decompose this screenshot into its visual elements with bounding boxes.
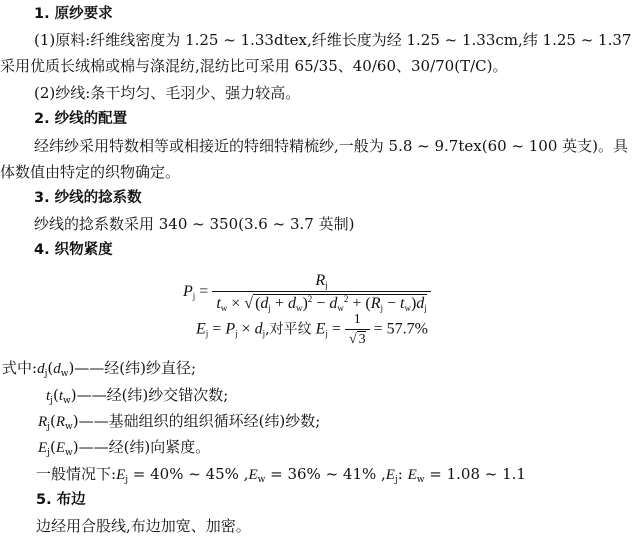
paragraph-raw-material: (1)原料:纤维线密度为 1.25 ~ 1.33dtex,纤维长度为经 1.25…: [34, 31, 632, 49]
paragraph-yarn-config-cont: 体数值由特定的织物确定。: [0, 163, 180, 181]
formula-pj: Pj = Rj tw × √(dj + dw)2 − dw2 + (Rj − t…: [183, 272, 431, 313]
section-heading-1: 1. 原纱要求: [34, 5, 113, 23]
paragraph-twist: 纱线的捻系数采用 340 ~ 350(3.6 ~ 3.7 英制): [34, 215, 354, 233]
legend-item-interlacing: tj(tw)——经(纬)纱交错次数;: [46, 386, 228, 410]
paragraph-selvage: 边经用合股线,布边加宽、加密。: [36, 517, 251, 535]
section-heading-3: 3. 纱线的捻系数: [34, 189, 142, 207]
paragraph-raw-material-cont: 采用优质长绒棉或棉与涤混纺,混纺比可采用 65/35、40/60、30/70(T…: [0, 57, 507, 75]
formula-ej: Ej = Pj × dj,对平纹 Ej = 1 √3 = 57.7%: [196, 312, 428, 348]
general-tightness-values: 一般情况下:Ej = 40% ~ 45% ,Ew = 36% ~ 41% ,Ej…: [36, 465, 526, 489]
legend-item-repeat: Rj(Rw)——基础组织的组织循环经(纬)纱数;: [38, 412, 320, 436]
section-heading-2: 2. 纱线的配置: [34, 110, 127, 128]
section-heading-5: 5. 布边: [36, 491, 86, 509]
legend-item-tightness: Ej(Ew)——经(纬)向紧度。: [38, 438, 210, 462]
paragraph-yarn-config: 经纬纱采用特数相等或相接近的特细特精梳纱,一般为 5.8 ~ 9.7tex(60…: [34, 137, 628, 155]
section-heading-4: 4. 织物紧度: [34, 241, 113, 259]
paragraph-yarn: (2)纱线:条干均匀、毛羽少、强力较高。: [34, 84, 300, 102]
legend-item-diameter: 式中:dj(dw)——经(纬)纱直径;: [2, 359, 196, 383]
